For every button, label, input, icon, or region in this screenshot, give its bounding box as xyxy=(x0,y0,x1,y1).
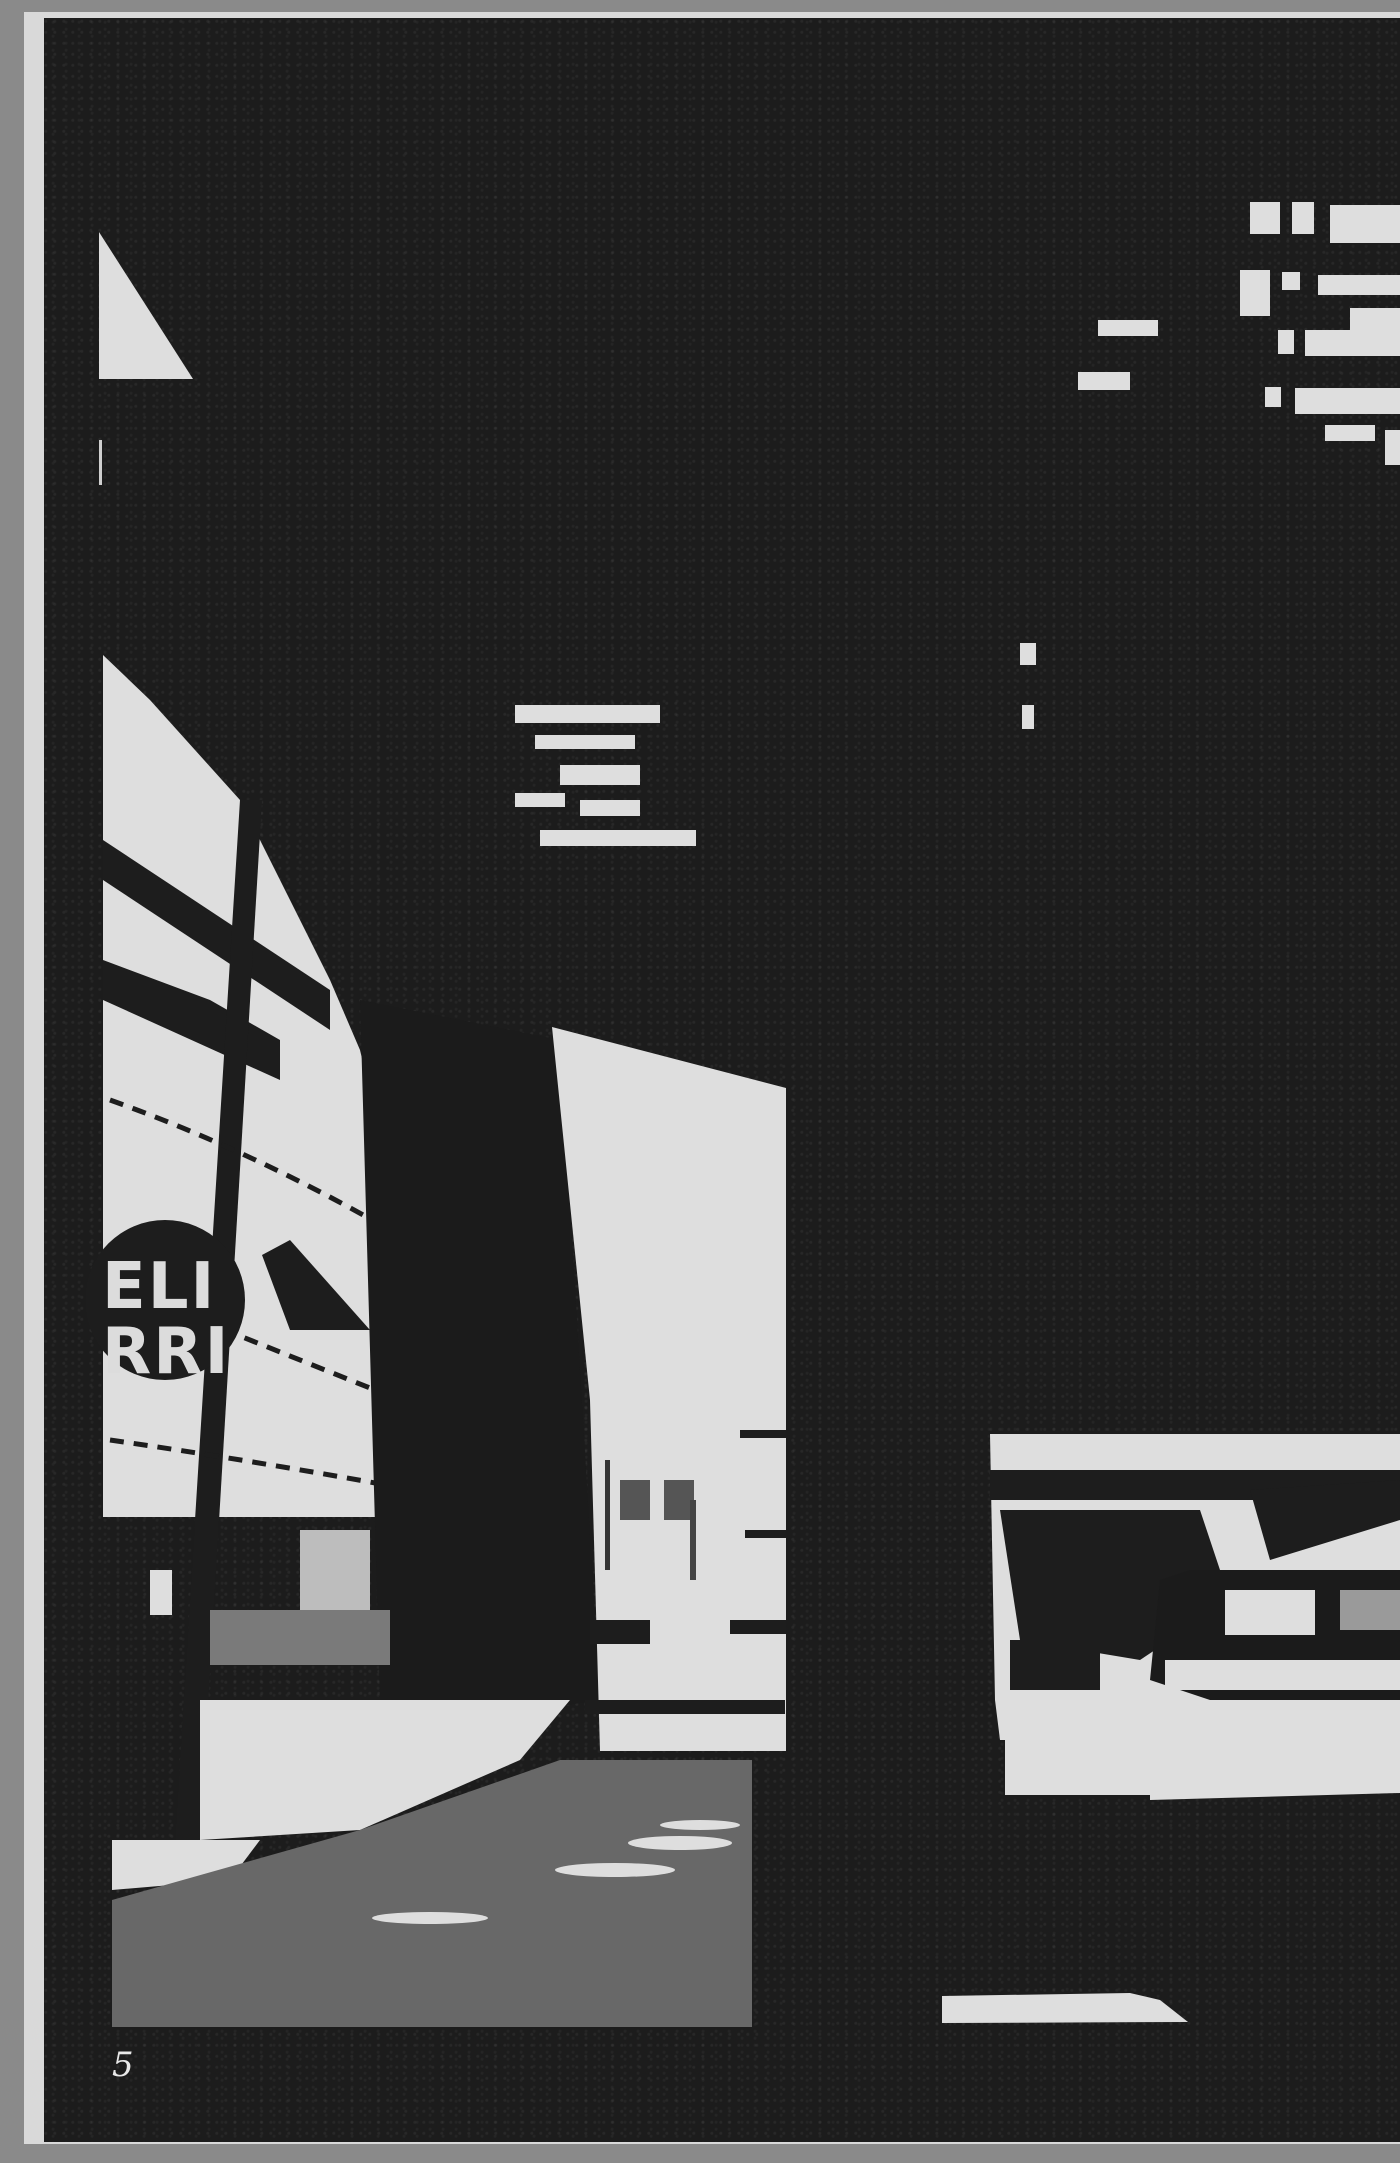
white-strip xyxy=(942,1993,1188,2023)
road-marking xyxy=(628,1836,732,1850)
linocut-artwork xyxy=(0,0,1400,2163)
road-marking xyxy=(372,1912,488,1924)
sign-fragments-middle xyxy=(515,705,696,846)
sign-text-line2: RRI xyxy=(102,1320,230,1384)
page-number: 5 xyxy=(112,2045,134,2085)
road-marking xyxy=(660,1820,740,1830)
sign-text-line1: ELI xyxy=(102,1255,216,1319)
triangle-shape xyxy=(99,232,193,379)
sign-fragments-top-right xyxy=(1078,202,1400,465)
road-marking xyxy=(555,1863,675,1877)
